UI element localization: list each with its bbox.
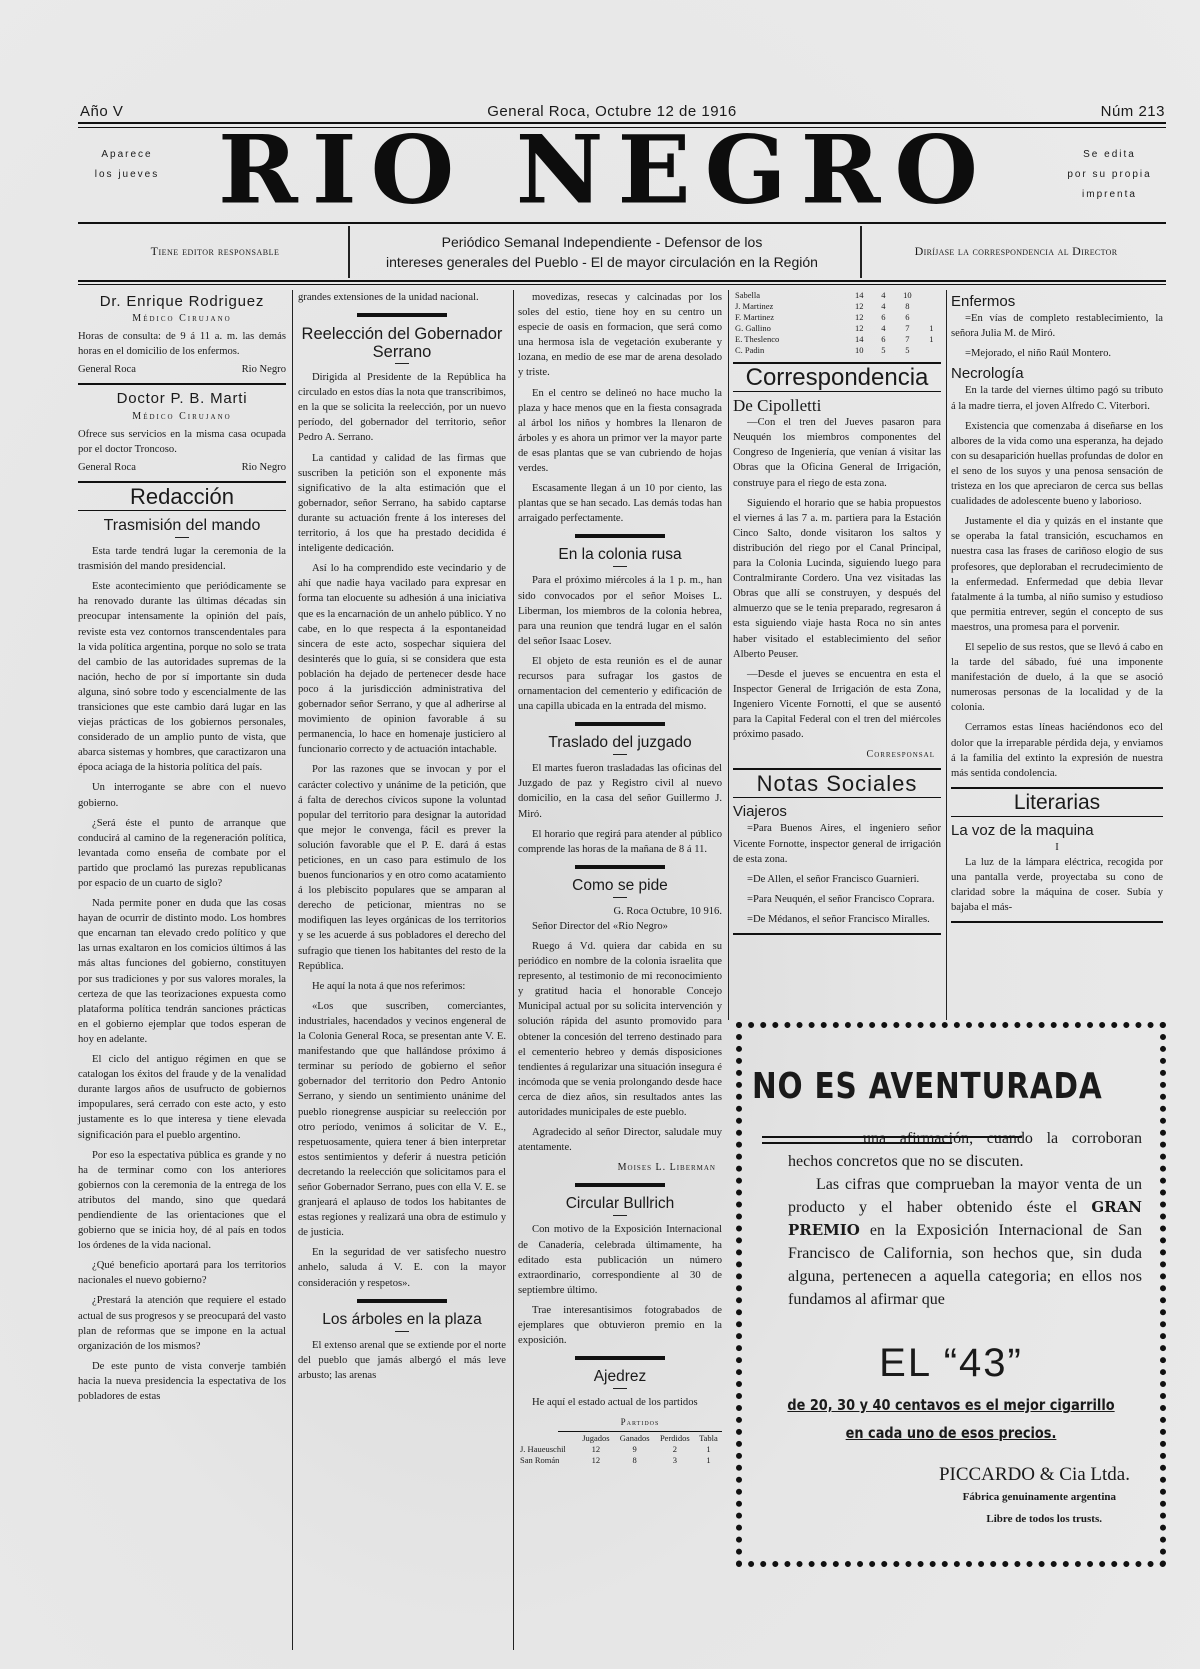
table-header-row: JugadosGanadosPerdidosTabla xyxy=(518,1433,722,1444)
table-cell: 12 xyxy=(845,323,874,334)
article-title: Reelección del Gobernador Serrano xyxy=(298,325,506,361)
divider xyxy=(357,1299,447,1303)
paragraph: De este punto de vista converje también … xyxy=(78,1359,286,1404)
paragraph: El sepelio de sus restos, que se llevó á… xyxy=(951,640,1163,715)
advert-content: NO ES AVENTURADA una afirmación, cuando … xyxy=(752,1038,1150,1551)
divider xyxy=(733,391,941,392)
newspaper-page: Año V General Roca, Octubre 12 de 1916 N… xyxy=(0,0,1200,1669)
paragraph: ¿Qué beneficio aportará para los territo… xyxy=(78,1258,286,1288)
sub-heading: Enfermos xyxy=(951,294,1163,309)
paragraph: Con motivo de la Exposición Internaciona… xyxy=(518,1222,722,1297)
paragraph: Dirigida al Presidente de la República h… xyxy=(298,370,506,445)
table-caption: Partidos xyxy=(558,1415,722,1430)
divider xyxy=(613,1388,627,1389)
ear-right-line: por su propia xyxy=(1052,165,1167,185)
chess-standings-table: JugadosGanadosPerdidosTablaJ. Haueuschil… xyxy=(518,1433,722,1466)
tagline-line: intereses generales del Pueblo - El de m… xyxy=(352,252,852,272)
divider xyxy=(575,722,665,726)
table-cell: 7 xyxy=(893,334,922,345)
table-cell: 6 xyxy=(874,312,893,323)
table-cell: 3 xyxy=(655,1455,695,1466)
divider xyxy=(575,1356,665,1360)
table-cell: 1 xyxy=(695,1455,722,1466)
ear-left: Aparece los jueves xyxy=(72,145,182,185)
section-title-notas-sociales: Notas Sociales xyxy=(733,776,941,791)
table-cell: 5 xyxy=(893,345,922,356)
article-body: =Para Buenos Aires, el ingeniero señor V… xyxy=(733,821,941,927)
article-body: Con motivo de la Exposición Internaciona… xyxy=(518,1222,722,1348)
ear-left-line: Aparece xyxy=(72,145,182,165)
article-body: =En vías de completo restablecimiento, l… xyxy=(951,311,1163,361)
paragraph: Agradecido al señor Director, saludale m… xyxy=(518,1125,722,1155)
article-body: En la tarde del viernes último pagó su t… xyxy=(951,383,1163,780)
section-title-correspondencia: Correspondencia xyxy=(733,370,941,385)
table-row: Sabella14410 xyxy=(733,290,941,301)
card-name: Dr. Enrique Rodriguez xyxy=(78,294,286,309)
table-cell: 12 xyxy=(577,1455,614,1466)
article-body: Para el próximo miércoles á la 1 p. m., … xyxy=(518,573,722,714)
table-row: J. Martinez1248 xyxy=(733,301,941,312)
divider xyxy=(860,226,862,278)
table-cell xyxy=(922,312,941,323)
paragraph: Así lo ha comprendido este vecindario y … xyxy=(298,561,506,757)
divider xyxy=(575,865,665,869)
paragraph: Justamente el dia y quizás en el instant… xyxy=(951,514,1163,635)
divider xyxy=(575,1183,665,1187)
article-body: El martes fueron trasladadas las oficina… xyxy=(518,761,722,857)
divider xyxy=(78,510,286,511)
divider xyxy=(78,481,286,483)
card-footer: General Roca Rio Negro xyxy=(78,460,286,475)
divider xyxy=(613,754,627,755)
sub-masthead-rule-thin xyxy=(78,284,1166,285)
sub-heading: De Cipolletti xyxy=(733,398,941,413)
table-row: E. Theslenco14671 xyxy=(733,334,941,345)
divider xyxy=(951,816,1163,817)
table-cell: F. Martinez xyxy=(733,312,845,323)
table-cell: 14 xyxy=(845,290,874,301)
table-cell: C. Padin xyxy=(733,345,845,356)
table-cell: 1 xyxy=(695,1444,722,1455)
paragraph: La luz de la lámpara eléctrica, recogida… xyxy=(951,855,1163,915)
column-1: Dr. Enrique Rodriguez Médico Cirujano Ho… xyxy=(78,290,286,1409)
article-body: Ruego á Vd. quiera dar cabida en su peri… xyxy=(518,939,722,1155)
paragraph: El extenso arenal que se extiende por el… xyxy=(298,1338,506,1383)
column-2: grandes extensiones de la unidad naciona… xyxy=(298,290,506,1388)
divider xyxy=(733,768,941,770)
table-row: F. Martinez1266 xyxy=(733,312,941,323)
paragraph: Ruego á Vd. quiera dar cabida en su peri… xyxy=(518,939,722,1120)
issue-number: Núm 213 xyxy=(1101,103,1165,120)
table-cell: 10 xyxy=(845,345,874,356)
table-cell: 7 xyxy=(893,323,922,334)
table-row: J. Haueuschil12921 xyxy=(518,1444,722,1455)
paragraph: «Los que suscriben, comerciantes, indust… xyxy=(298,999,506,1241)
table-cell: 9 xyxy=(615,1444,655,1455)
masthead-bottom-rule xyxy=(78,222,1166,224)
advert-text: Las cifras que comprueban la mayor venta… xyxy=(788,1176,1142,1216)
article-body: He aquí el estado actual de los partidos xyxy=(518,1395,722,1410)
product-name: EL “43” xyxy=(752,1341,1150,1386)
divider xyxy=(613,566,627,567)
table-cell: 12 xyxy=(845,312,874,323)
table-cell: G. Gallino xyxy=(733,323,845,334)
sub-heading: La voz de la maquina xyxy=(951,823,1163,838)
advert-headline: NO ES AVENTURADA xyxy=(752,1066,1078,1107)
correspondence-note: Diríjase la correspondencia al Director xyxy=(866,244,1166,259)
table-cell: 12 xyxy=(845,301,874,312)
paragraph: Siguiendo el horario que se habia propue… xyxy=(733,496,941,662)
table-cell: J. Martinez xyxy=(733,301,845,312)
paragraph: El ciclo del antiguo régimen en que se c… xyxy=(78,1052,286,1143)
paragraph: =Mejorado, el niño Raúl Montero. xyxy=(951,346,1163,361)
section-title-redaccion: Redacción xyxy=(78,489,286,504)
table-row: C. Padin1055 xyxy=(733,345,941,356)
paragraph: Escasamente llegan á un 10 por ciento, l… xyxy=(518,481,722,526)
table-cell xyxy=(922,345,941,356)
signature: Corresponsal xyxy=(733,747,935,762)
article-body: Esta tarde tendrá lugar la ceremonia de … xyxy=(78,544,286,1404)
table-header xyxy=(518,1433,577,1444)
signature: Moises L. Liberman xyxy=(518,1160,716,1175)
table-header: Tabla xyxy=(695,1433,722,1444)
tagline-line: Periódico Semanal Independiente - Defens… xyxy=(352,232,852,252)
column-4: Sabella14410J. Martinez1248F. Martinez12… xyxy=(733,290,941,941)
table-header: Ganados xyxy=(615,1433,655,1444)
paragraph: La cantidad y calidad de las firmas que … xyxy=(298,451,506,557)
card-region: Rio Negro xyxy=(242,362,286,377)
card-profession: Médico Cirujano xyxy=(78,311,286,326)
table-cell: 1 xyxy=(922,323,941,334)
paragraph: =De Allen, el señor Francisco Guarnieri. xyxy=(733,872,941,887)
divider xyxy=(395,363,409,364)
column-divider xyxy=(728,290,729,1020)
paragraph: Nada permite poner en duda que las cosas… xyxy=(78,896,286,1047)
professional-card: Doctor P. B. Marti Médico Cirujano Ofrec… xyxy=(78,391,286,474)
table-cell: 6 xyxy=(893,312,922,323)
paragraph: El objeto de esta reunión es el de aunar… xyxy=(518,654,722,714)
paragraph: En el centro se delineó no hace mucho la… xyxy=(518,386,722,477)
table-cell: 6 xyxy=(874,334,893,345)
paragraph: Existencia que comenzaba á diseñarse en … xyxy=(951,419,1163,510)
divider xyxy=(733,933,941,935)
table-cell: E. Theslenco xyxy=(733,334,845,345)
card-place: General Roca xyxy=(78,460,136,475)
table-cell: 4 xyxy=(874,290,893,301)
article-title: Traslado del juzgado xyxy=(518,734,722,752)
table-cell: 14 xyxy=(845,334,874,345)
ear-right-line: imprenta xyxy=(1052,185,1167,205)
column-3: movedizas, resecas y calcinadas por los … xyxy=(518,290,722,1466)
divider xyxy=(951,787,1163,789)
table-cell: 2 xyxy=(655,1444,695,1455)
divider xyxy=(733,797,941,798)
article-body: Dirigida al Presidente de la República h… xyxy=(298,370,506,1291)
divider xyxy=(613,897,627,898)
table-cell: 8 xyxy=(893,301,922,312)
paragraph: =En vías de completo restablecimiento, l… xyxy=(951,311,1163,341)
advert-paragraph: una afirmación, cuando la corroboran hec… xyxy=(788,1127,1142,1173)
table-cell: Sabella xyxy=(733,290,845,301)
table-row: San Román12831 xyxy=(518,1455,722,1466)
divider xyxy=(575,534,665,538)
tagline: Periódico Semanal Independiente - Defens… xyxy=(352,232,852,272)
divider xyxy=(558,1431,722,1432)
article-body: La luz de la lámpara eléctrica, recogida… xyxy=(951,855,1163,915)
divider xyxy=(762,1136,1022,1138)
paragraph: Un interrogante se abre con el nuevo gob… xyxy=(78,780,286,810)
divider xyxy=(78,383,286,385)
table-cell: San Román xyxy=(518,1455,577,1466)
paragraph: =De Médanos, el señor Francisco Miralles… xyxy=(733,912,941,927)
paragraph: Para el próximo miércoles á la 1 p. m., … xyxy=(518,573,722,648)
paragraph: ¿Será éste el punto de arranque que cond… xyxy=(78,816,286,891)
cigarette-advertisement: NO ES AVENTURADA una afirmación, cuando … xyxy=(736,1022,1166,1567)
card-footer: General Roca Rio Negro xyxy=(78,362,286,377)
table-cell: 4 xyxy=(874,301,893,312)
paragraph: El martes fueron trasladadas las oficina… xyxy=(518,761,722,821)
letter-dateline: G. Roca Octubre, 10 916. xyxy=(518,904,722,919)
editor-note: Tiene editor responsable xyxy=(80,244,350,259)
article-continuation: grandes extensiones de la unidad naciona… xyxy=(298,290,506,305)
paragraph: movedizas, resecas y calcinadas por los … xyxy=(518,290,722,381)
table-cell: 4 xyxy=(874,323,893,334)
company-name: PICCARDO & Cia Ltda. xyxy=(752,1464,1150,1486)
table-cell: 8 xyxy=(615,1455,655,1466)
table-cell: 10 xyxy=(893,290,922,301)
table-cell: 1 xyxy=(922,334,941,345)
article-title: En la colonia rusa xyxy=(518,546,722,564)
advert-paragraph: Las cifras que comprueban la mayor venta… xyxy=(788,1173,1142,1311)
paragraph: Esta tarde tendrá lugar la ceremonia de … xyxy=(78,544,286,574)
professional-card: Dr. Enrique Rodriguez Médico Cirujano Ho… xyxy=(78,294,286,377)
card-place: General Roca xyxy=(78,362,136,377)
table-row: G. Gallino12471 xyxy=(733,323,941,334)
article-body: El extenso arenal que se extiende por el… xyxy=(298,1338,506,1383)
paragraph: Por las razones que se invocan y por el … xyxy=(298,762,506,973)
table-header: Perdidos xyxy=(655,1433,695,1444)
company-tagline: Libre de todos los trusts. xyxy=(752,1508,1150,1530)
card-text: Ofrece sus servicios en la misma casa oc… xyxy=(78,427,286,457)
divider xyxy=(348,226,350,278)
paragraph: Este acontecimiento que periódicamente s… xyxy=(78,579,286,775)
paragraph: =Para Neuquén, el señor Francisco Coprar… xyxy=(733,892,941,907)
article-title: Como se pide xyxy=(518,877,722,895)
table-cell: 12 xyxy=(577,1444,614,1455)
paragraph: He aquí la nota á que nos referimos: xyxy=(298,979,506,994)
card-profession: Médico Cirujano xyxy=(78,409,286,424)
chapter-numeral: I xyxy=(951,840,1163,855)
article-title: Trasmisión del mando xyxy=(78,517,286,535)
article-continuation: movedizas, resecas y calcinadas por los … xyxy=(518,290,722,526)
price-line: de 20, 30 y 40 centavos es el mejor ciga… xyxy=(780,1396,1122,1414)
ear-right-line: Se edita xyxy=(1052,145,1167,165)
table-cell: J. Haueuschil xyxy=(518,1444,577,1455)
sub-heading: Necrología xyxy=(951,366,1163,381)
card-text: Horas de consulta: de 9 á 11 a. m. las d… xyxy=(78,329,286,359)
divider xyxy=(613,1215,627,1216)
issue-year: Año V xyxy=(80,103,123,120)
advert-body: una afirmación, cuando la corroboran hec… xyxy=(752,1127,1150,1311)
card-region: Rio Negro xyxy=(242,460,286,475)
paragraph: Cerramos estas líneas haciéndonos eco de… xyxy=(951,720,1163,780)
paragraph: En la seguridad de ver satisfecho nuestr… xyxy=(298,1245,506,1290)
table-cell xyxy=(922,290,941,301)
paragraph: Trae interesantisimos fotograbados de ej… xyxy=(518,1303,722,1348)
column-divider xyxy=(946,290,947,1020)
letter-salutation: Señor Director del «Rio Negro» xyxy=(518,919,722,934)
paragraph: En la tarde del viernes último pagó su t… xyxy=(951,383,1163,413)
company-tagline: Fábrica genuinamente argentina xyxy=(752,1486,1150,1508)
sub-heading: Viajeros xyxy=(733,804,941,819)
price-line: en cada uno de esos precios. xyxy=(780,1424,1122,1442)
card-name: Doctor P. B. Marti xyxy=(78,391,286,406)
divider xyxy=(357,313,447,317)
paragraph: He aquí el estado actual de los partidos xyxy=(518,1395,722,1410)
section-title-literarias: Literarias xyxy=(951,795,1163,810)
ear-right: Se edita por su propia imprenta xyxy=(1052,145,1167,205)
article-title: Circular Bullrich xyxy=(518,1195,722,1213)
article-title: Ajedrez xyxy=(518,1368,722,1386)
table-header: Jugados xyxy=(577,1433,614,1444)
ear-left-line: los jueves xyxy=(72,165,182,185)
paragraph: —Con el tren del Jueves pasaron para Neu… xyxy=(733,415,941,490)
column-divider xyxy=(292,290,293,1650)
article-title: Los árboles en la plaza xyxy=(298,1311,506,1329)
standings-table: Sabella14410J. Martinez1248F. Martinez12… xyxy=(733,290,941,356)
paragraph: —Desde el jueves se encuentra en esta el… xyxy=(733,667,941,742)
masthead-title: RIO NEGRO xyxy=(190,121,1020,219)
column-5: Enfermos =En vías de completo restableci… xyxy=(951,290,1163,929)
paragraph: ¿Prestará la atención que requiere el es… xyxy=(78,1293,286,1353)
divider xyxy=(175,537,189,538)
divider xyxy=(951,921,1163,923)
column-divider xyxy=(513,290,514,1650)
paragraph: =Para Buenos Aires, el ingeniero señor V… xyxy=(733,821,941,866)
sub-masthead-rule xyxy=(78,280,1166,282)
table-cell xyxy=(922,301,941,312)
paragraph: El horario que regirá para atender al pú… xyxy=(518,827,722,857)
table-cell: 5 xyxy=(874,345,893,356)
paragraph: Por eso la espectativa pública es grande… xyxy=(78,1148,286,1254)
article-body: —Con el tren del Jueves pasaron para Neu… xyxy=(733,415,941,742)
divider xyxy=(395,1331,409,1332)
divider xyxy=(762,1142,952,1144)
